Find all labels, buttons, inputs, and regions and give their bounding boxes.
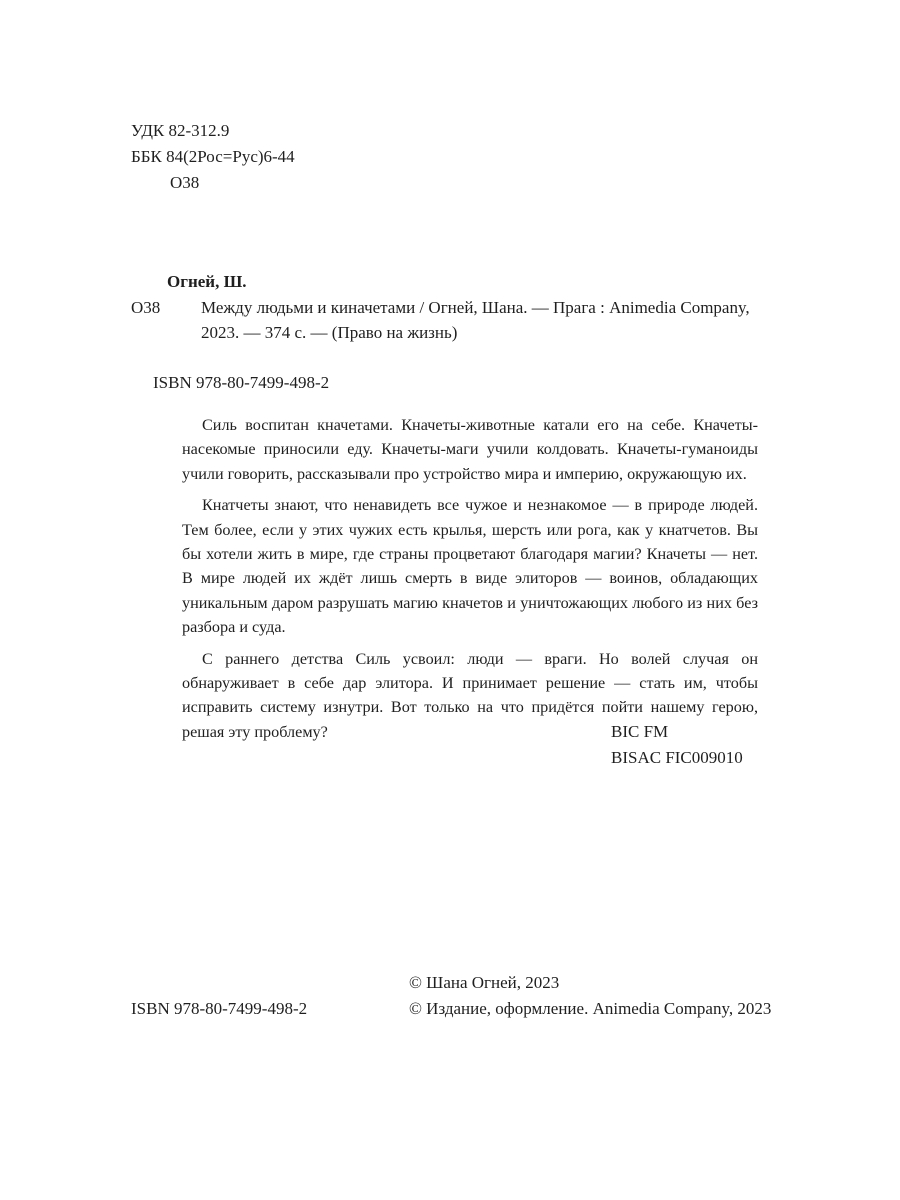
footer-isbn: ISBN 978-80-7499-498-2: [131, 997, 307, 1021]
author-sign: О38: [170, 171, 199, 195]
copyright-publisher: © Издание, оформление. Animedia Company,…: [409, 997, 771, 1021]
annotation: Силь воспитан кначетами. Кначеты-животны…: [182, 413, 758, 744]
bic-code: BIC FM: [611, 720, 668, 744]
record-description-line2: 2023. — 374 с. — (Право на жизнь): [201, 321, 457, 345]
bisac-code: BISAC FIC009010: [611, 746, 743, 770]
annotation-paragraph: С раннего детства Силь усвоил: люди — вр…: [182, 647, 758, 745]
record-description-line1: Между людьми и киначетами / Огней, Шана.…: [201, 296, 759, 320]
annotation-paragraph: Кнатчеты знают, что ненавидеть все чужое…: [182, 493, 758, 639]
bbk-code: ББК 84(2Рос=Рус)6-44: [131, 145, 295, 169]
record-author-sign: О38: [131, 296, 160, 320]
record-isbn: ISBN 978-80-7499-498-2: [153, 371, 329, 395]
author-heading: Огней, Ш.: [167, 270, 247, 294]
copyright-author: © Шана Огней, 2023: [409, 971, 559, 995]
annotation-paragraph: Силь воспитан кначетами. Кначеты-животны…: [182, 413, 758, 486]
udk-code: УДК 82-312.9: [131, 119, 229, 143]
